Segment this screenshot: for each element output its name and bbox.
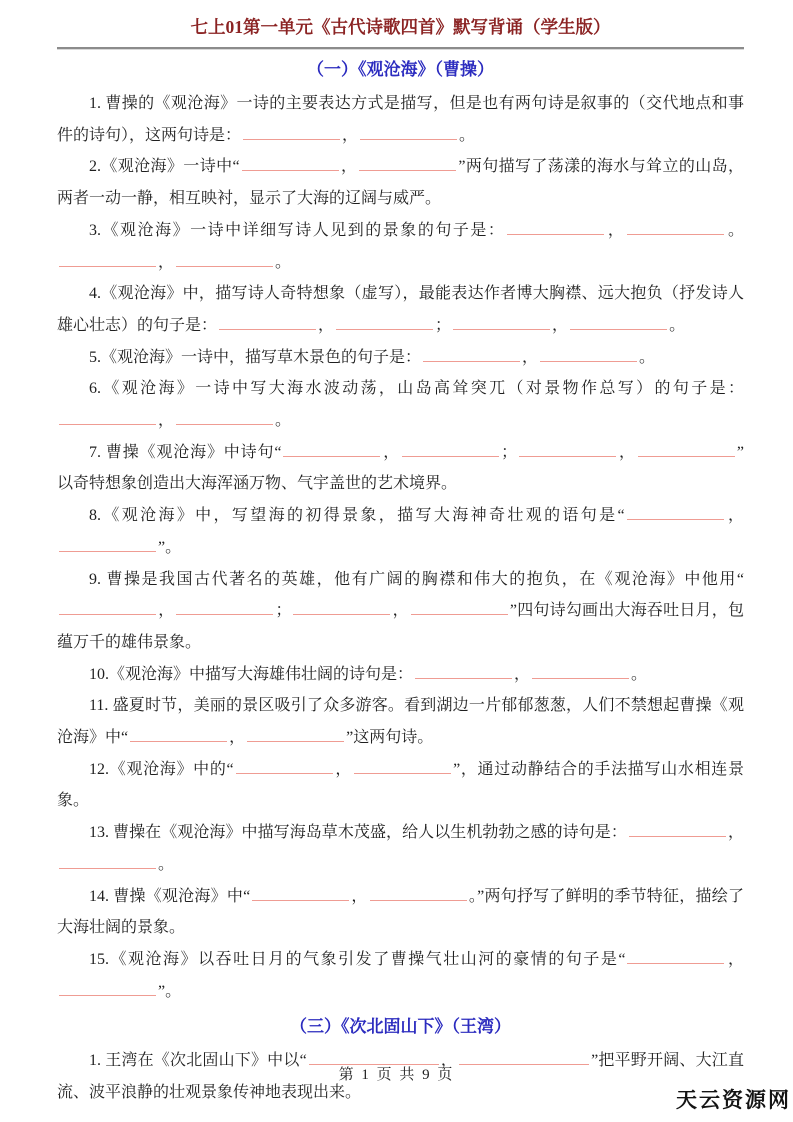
question-text: ， [382,444,400,461]
question: 10.《观沧海》中描写大海雄伟壮阔的诗句是：，。 [57,659,744,691]
question: 12.《观沧海》中的“，”，通过动静结合的手法描写山水相连景象。 [57,754,744,817]
question-text: ， [351,888,367,905]
answer-blank [507,217,604,235]
answer-blank [532,661,629,679]
question-text: ， [342,127,358,144]
question-text: ， [158,412,174,429]
answer-blank [411,597,508,615]
question-text: ， [552,317,568,334]
answer-blank [176,407,273,425]
question-text: 。 [158,856,174,873]
question-text: 7. 曹操《观沧海》中诗句“ [89,444,281,461]
page-content: 七上01第一单元《古代诗歌四首》默写背诵（学生版） （一）《观沧海》（曹操）1.… [0,0,793,1109]
answer-blank [370,883,467,901]
question: 7. 曹操《观沧海》中诗句“，；，”以奇特想象创造出大海浑涵万物、气宇盖世的艺术… [57,437,744,500]
answer-blank [627,502,724,520]
question-text: 。 [275,412,291,429]
question-text: 10.《观沧海》中描写大海雄伟壮阔的诗句是： [89,666,413,683]
answer-blank [219,312,316,330]
answer-blank [243,122,340,140]
answer-blank [283,439,380,457]
question-text: 13. 曹操在《观沧海》中描写海岛草木茂盛，给人以生机勃勃之感的诗句是： [89,824,627,841]
question-text: 9. 曹操是我国古代著名的英雄，他有广阔的胸襟和伟大的抱负，在《观沧海》中他用“ [89,571,744,588]
question-text: 2.《观沧海》一诗中“ [89,158,240,175]
question-text: 6.《观沧海》一诗中写大海水波动荡，山岛高耸突兀（对景物作总写）的句子是： [89,380,744,397]
answer-blank [59,978,156,996]
answer-blank [423,344,520,362]
question-text: ， [158,602,174,619]
answer-blank [59,534,156,552]
answer-blank [540,344,637,362]
question: 6.《观沧海》一诗中写大海水波动荡，山岛高耸突兀（对景物作总写）的句子是：，。 [57,373,744,436]
question: 1. 曹操的《观沧海》一诗的主要表达方式是描写，但是也有两句诗是叙事的（交代地点… [57,88,744,151]
answer-blank [519,439,616,457]
section-heading: （一）《观沧海》（曹操） [57,54,744,86]
question: 4.《观沧海》中，描写诗人奇特想象（虚写），最能表达作者博大胸襟、远大抱负（抒发… [57,278,744,341]
answer-blank [402,439,499,457]
answer-blank [354,756,451,774]
question: 2.《观沧海》一诗中“，”两句描写了荡漾的海水与耸立的山岛，两者一动一静，相互映… [57,151,744,214]
answer-blank [360,122,457,140]
question: 14. 曹操《观沧海》中“，。”两句抒写了鲜明的季节特征，描绘了大海壮阔的景象。 [57,881,744,944]
watermark: 天云资源网 [676,1084,791,1114]
question: 13. 曹操在《观沧海》中描写海岛草木茂盛，给人以生机勃勃之感的诗句是：，。 [57,817,744,880]
question-text: ， [726,951,744,968]
answer-blank [130,724,227,742]
question-text: ， [158,254,174,271]
question-text: ， [522,349,538,366]
answer-blank [627,946,724,964]
question-text: ”。 [158,983,181,1000]
question-text: 。 [275,254,291,271]
question-text: 。 [459,127,475,144]
answer-blank [359,154,456,172]
answer-blank [236,756,333,774]
answer-blank [336,312,433,330]
answer-blank [176,597,273,615]
question-text: 3.《观沧海》一诗中详细写诗人见到的景象的句子是： [89,222,505,239]
worksheet-page: 七上01第一单元《古代诗歌四首》默写背诵（学生版） （一）《观沧海》（曹操）1.… [0,0,793,1122]
page-title: 七上01第一单元《古代诗歌四首》默写背诵（学生版） [57,14,744,40]
question: 11. 盛夏时节，美丽的景区吸引了众多游客。看到湖边一片郁郁葱葱，人们不禁想起曹… [57,690,744,753]
section-heading: （三）《次北固山下》（王湾） [57,1011,744,1043]
question-text: ， [606,222,625,239]
question: 9. 曹操是我国古代著名的英雄，他有广阔的胸襟和伟大的抱负，在《观沧海》中他用“… [57,564,744,659]
question-text: ， [341,158,358,175]
answer-blank [293,597,390,615]
question-text: ， [318,317,334,334]
answer-blank [453,312,550,330]
question: 8.《观沧海》中，写望海的初得景象，描写大海神奇壮观的语句是“，”。 [57,500,744,563]
question-text: ， [728,824,744,841]
question-text: 8.《观沧海》中，写望海的初得景象，描写大海神奇壮观的语句是“ [89,507,625,524]
question-text: 15.《观沧海》以吞吐日月的气象引发了曹操气壮山河的豪情的句子是“ [89,951,625,968]
title-divider [57,47,744,50]
question-text: ， [392,602,408,619]
page-number: 第 1 页 共 9 页 [0,1063,793,1084]
answer-blank [627,217,724,235]
question-text: 。 [726,222,744,239]
question-text: ， [229,729,245,746]
answer-blank [59,407,156,425]
sections-container: （一）《观沧海》（曹操）1. 曹操的《观沧海》一诗的主要表达方式是描写，但是也有… [57,54,744,1109]
question-text: ， [335,761,352,778]
question-text: 。 [639,349,655,366]
answer-blank [638,439,735,457]
question: 15.《观沧海》以吞吐日月的气象引发了曹操气壮山河的豪情的句子是“，”。 [57,944,744,1007]
answer-blank [59,851,156,869]
answer-blank [59,597,156,615]
question-text: ”。 [158,539,181,556]
answer-blank [59,249,156,267]
question-text: 。 [631,666,647,683]
question-text: ； [435,317,451,334]
answer-blank [570,312,667,330]
question-text: ， [618,444,636,461]
answer-blank [242,154,339,172]
question-text: ， [514,666,530,683]
question-text: 12.《观沧海》中的“ [89,761,234,778]
answer-blank [252,883,349,901]
answer-blank [176,249,273,267]
question: 3.《观沧海》一诗中详细写诗人见到的景象的句子是：，。，。 [57,215,744,278]
question-text: ； [501,444,517,461]
question-text: ； [275,602,291,619]
question-text: 5.《观沧海》一诗中，描写草木景色的句子是： [89,349,421,366]
answer-blank [247,724,344,742]
answer-blank [629,819,726,837]
answer-blank [415,661,512,679]
question-text: 14. 曹操《观沧海》中“ [89,888,250,905]
question: 5.《观沧海》一诗中，描写草木景色的句子是：，。 [57,342,744,374]
question-text: 。 [669,317,685,334]
question-text: ”这两句诗。 [346,729,433,746]
question-text: ， [726,507,744,524]
